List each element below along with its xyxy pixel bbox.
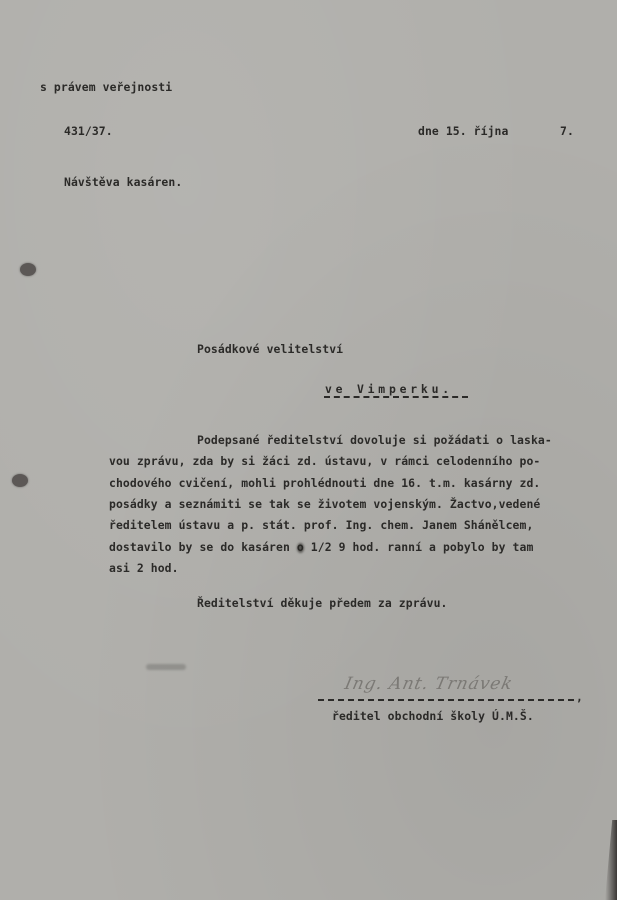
page-edge-shadow [605,820,617,900]
body-line: Podepsané ředitelství dovoluje si požáda… [197,433,552,447]
recipient-line-2: ve Vimperku. [325,382,453,396]
body-line: dostavilo by se do kasáren o 1/2 9 hod. … [109,540,533,554]
header-note: s právem veřejnosti [40,80,172,94]
recipient-line-1: Posádkové velitelství [197,342,343,356]
paper-smudge [146,664,186,670]
body-line: asi 2 hod. [109,561,179,575]
year-suffix: 7. [560,124,574,138]
handwritten-signature: Ing. Ant. Trnávek [343,674,515,694]
signature-line [318,699,574,701]
scanned-letter-page: s právem veřejnosti 431/37. dne 15. říjn… [0,0,617,900]
ink-blot [297,543,304,553]
signatory-title: ředitel obchodní školy Ú.M.Š. [332,709,534,723]
reference-number: 431/37. [64,124,113,138]
punch-hole-lower [12,474,28,487]
date-line: dne 15. října [418,124,508,138]
body-line: posádky a seznámiti se tak se životem vo… [109,497,540,511]
body-line: ředitelem ústavu a p. stát. prof. Ing. c… [109,518,533,532]
body-line: chodového cvičení, mohli prohlédnouti dn… [109,476,540,490]
body-line: vou zprávu, zda by si žáci zd. ústavu, v… [109,454,540,468]
closing-line: Ředitelství děkuje předem za zprávu. [197,596,447,610]
recipient-underline [324,396,468,398]
punch-hole-upper [20,263,36,276]
signature-comma: , [576,690,583,704]
subject-line: Návštěva kasáren. [64,175,182,189]
